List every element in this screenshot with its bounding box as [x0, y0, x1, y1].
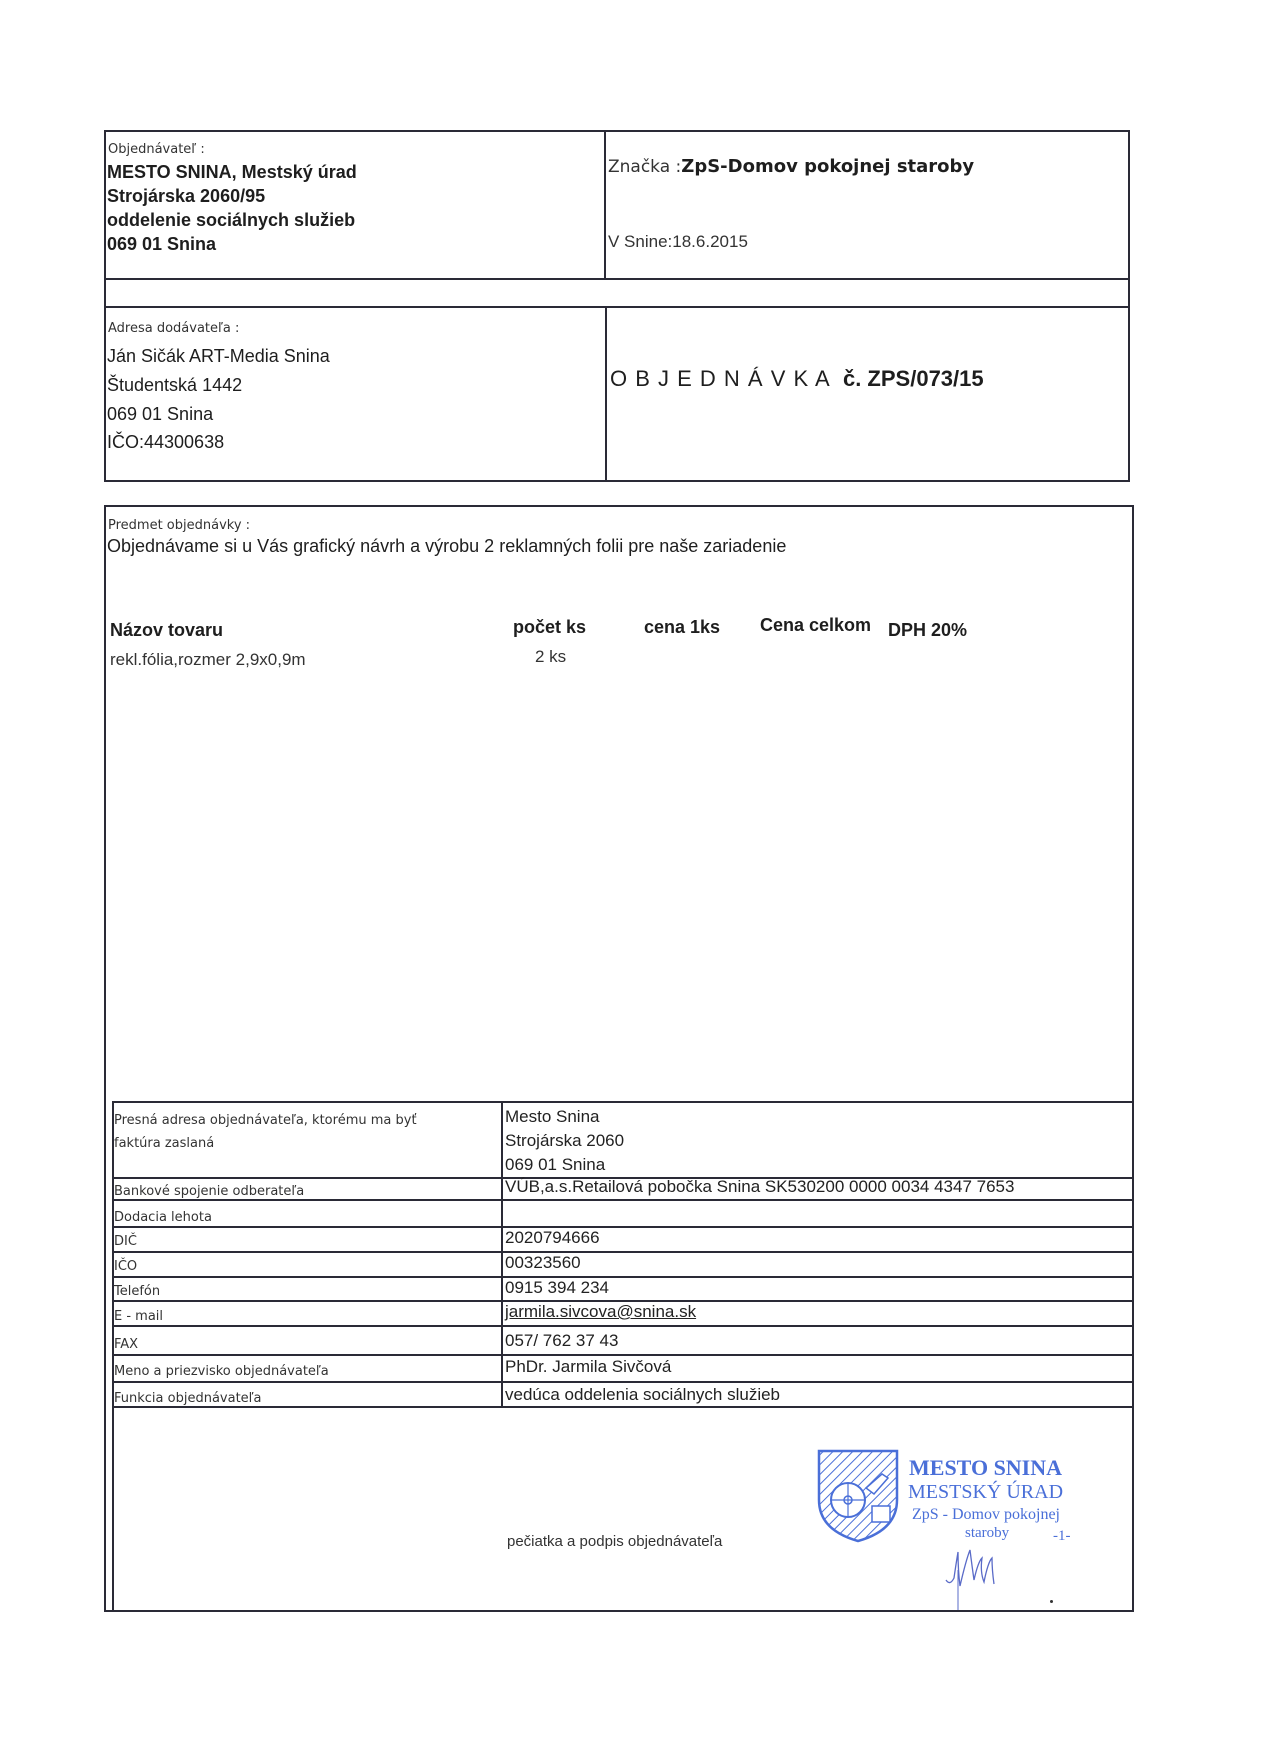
fax-label: FAX — [114, 1337, 138, 1352]
item-qty: 2 ks — [535, 647, 566, 667]
email-label: E - mail — [114, 1309, 163, 1324]
invoice-address-line-3: 069 01 Snina — [505, 1155, 605, 1175]
ico-label: IČO — [114, 1259, 137, 1274]
divider — [605, 307, 607, 481]
city-coat-of-arms-icon — [816, 1448, 900, 1544]
row-rule — [112, 1354, 1134, 1356]
row-rule — [112, 1276, 1134, 1278]
supplier-name: Ján Sičák ART-Media Snina — [107, 346, 330, 367]
orderer-department: oddelenie sociálnych služieb — [107, 210, 355, 231]
phone-label: Telefón — [114, 1284, 160, 1299]
signature-caption: pečiatka a podpis objednávateľa — [507, 1533, 722, 1550]
dic-label: DIČ — [114, 1234, 137, 1249]
orderer-name: MESTO SNINA, Mestský úrad — [107, 162, 357, 183]
ink-dot — [1050, 1600, 1053, 1603]
order-title-word: O B J E D N Á V K A — [610, 366, 831, 391]
invoice-address-label-1: Presná adresa objednávateľa, ktorému ma … — [114, 1113, 417, 1128]
delivery-label: Dodacia lehota — [114, 1210, 212, 1225]
spacer-row — [104, 278, 1130, 308]
lower-left-border — [112, 1101, 114, 1611]
stamp-line-5: -1- — [1053, 1528, 1071, 1545]
order-body-box — [104, 505, 1134, 1612]
row-rule — [112, 1381, 1134, 1383]
row-rule — [112, 1199, 1134, 1201]
orderer-street: Strojárska 2060/95 — [107, 186, 265, 207]
order-number: č. ZPS/073/15 — [843, 366, 984, 391]
col-header-name: Názov tovaru — [110, 620, 223, 641]
col-header-qty: počet ks — [513, 617, 586, 638]
row-rule — [112, 1251, 1134, 1253]
bank-value: VÚB,a.s.Retailová pobočka Snina SK530200… — [505, 1177, 1014, 1197]
subject-label: Predmet objednávky : — [108, 518, 250, 533]
row-rule — [112, 1226, 1134, 1228]
orderer-function-label: Funkcia objednávateľa — [114, 1391, 262, 1406]
stamp-line-2: MESTSKÝ ÚRAD — [908, 1481, 1063, 1504]
orderer-person-value: PhDr. Jarmila Sivčová — [505, 1357, 671, 1377]
col-header-vat: DPH 20% — [888, 620, 967, 641]
details-top-rule — [112, 1101, 1134, 1103]
supplier-street: Študentská 1442 — [107, 375, 242, 396]
orderer-function-value: vedúca oddelenia sociálnych služieb — [505, 1385, 780, 1405]
mark-field: Značka :ZpS-Domov pokojnej staroby — [608, 156, 974, 178]
orderer-city: 069 01 Snina — [107, 234, 216, 255]
item-name: rekl.fólia,rozmer 2,9x0,9m — [110, 650, 306, 670]
orderer-person-label: Meno a priezvisko objednávateľa — [114, 1364, 329, 1379]
details-bottom-rule — [112, 1406, 1134, 1408]
details-divider — [501, 1102, 503, 1406]
supplier-city: 069 01 Snina — [107, 404, 213, 425]
email-link[interactable]: jarmila.sivcova@snina.sk — [505, 1302, 696, 1322]
invoice-address-line-1: Mesto Snina — [505, 1107, 600, 1127]
orderer-label: Objednávateľ : — [108, 142, 205, 157]
place-date: V Snine:18.6.2015 — [608, 232, 748, 252]
supplier-box — [104, 306, 1130, 482]
dic-value: 2020794666 — [505, 1228, 600, 1248]
phone-value: 0915 394 234 — [505, 1278, 609, 1298]
col-header-unit-price: cena 1ks — [644, 617, 720, 638]
supplier-ico: IČO:44300638 — [107, 432, 224, 453]
bank-label: Bankové spojenie odberateľa — [114, 1184, 304, 1199]
subject-text: Objednávame si u Vás grafický návrh a vý… — [107, 536, 786, 557]
row-rule — [112, 1325, 1134, 1327]
invoice-address-label-2: faktúra zaslaná — [114, 1136, 214, 1151]
handwritten-signature-icon — [936, 1540, 1006, 1612]
supplier-label: Adresa dodávateľa : — [108, 321, 239, 336]
mark-value: ZpS-Domov pokojnej staroby — [681, 156, 974, 177]
order-title: O B J E D N Á V K A č. ZPS/073/15 — [610, 366, 984, 392]
col-header-total: Cena celkom — [760, 615, 871, 636]
divider — [604, 131, 606, 279]
stamp-line-1: MESTO SNINA — [909, 1455, 1062, 1481]
stamp-line-3: ZpS - Domov pokojnej — [912, 1506, 1060, 1524]
invoice-address-line-2: Strojárska 2060 — [505, 1131, 624, 1151]
ico-value: 00323560 — [505, 1253, 581, 1273]
mark-label: Značka : — [608, 157, 681, 177]
fax-value: 057/ 762 37 43 — [505, 1331, 618, 1351]
